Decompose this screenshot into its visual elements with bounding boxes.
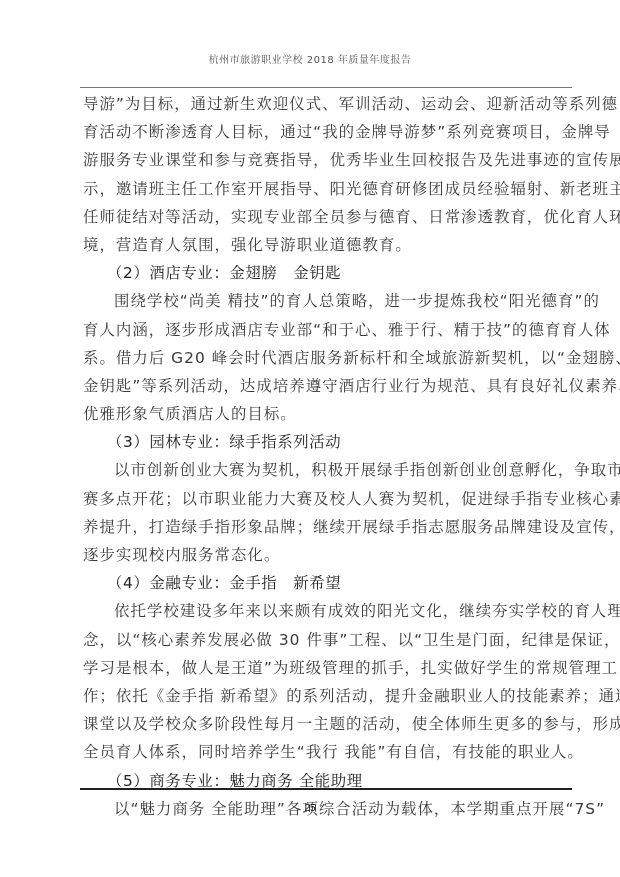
paragraph-line: 逐步实现校内服务常态化。 xyxy=(83,541,573,569)
section-heading-business: （5）商务专业：魅力商务 全能助理 xyxy=(83,767,573,795)
paragraph-line: 游服务专业课堂和参与竞赛指导，优秀毕业生回校报告及先进事迹的宣传展 xyxy=(83,146,573,174)
paragraph-line: 依托学校建设多年来以来颇有成效的阳光文化，继续夯实学校的育人理 xyxy=(83,597,573,625)
paragraph-line: 学习是根本，做人是王道”为班级管理的抓手，扎实做好学生的常规管理工 xyxy=(83,654,573,682)
paragraph-line: 作；依托《金手指 新希望》的系列活动，提升金融职业人的技能素养；通过 xyxy=(83,682,573,710)
paragraph-line: 系。借力后 G20 峰会时代酒店服务新标杆和全域旅游新契机，以“金翅膀、 xyxy=(83,344,573,372)
section-heading-finance: （4）金融专业：金手指 新希望 xyxy=(83,569,573,597)
paragraph-line: 境，营造育人氛围，强化导游职业道德教育。 xyxy=(83,231,573,259)
paragraph-line: 念，以“核心素养发展必做 30 件事”工程、以“卫生是门面，纪律是保证， xyxy=(83,626,573,654)
paragraph-line: 全员育人体系，同时培养学生“我行 我能”有自信，有技能的职业人。 xyxy=(83,738,573,766)
paragraph-line: 金钥匙”等系列活动，达成培养遵守酒店行业行为规范、具有良好礼仪素养、 xyxy=(83,372,573,400)
page-number: 25 xyxy=(0,803,620,814)
running-header-title: 杭州市旅游职业学校 2018 年质量年度报告 xyxy=(0,51,620,66)
section-heading-hotel: （2）酒店专业：金翅膀 金钥匙 xyxy=(83,259,573,287)
page-body: 导游”为目标，通过新生欢迎仪式、军训活动、运动会、迎新活动等系列德 育活动不断渗… xyxy=(83,90,573,823)
paragraph-line: 围绕学校“尚美 精技”的育人总策略，进一步提炼我校“阳光德育”的 xyxy=(83,287,573,315)
section-heading-garden: （3）园林专业：绿手指系列活动 xyxy=(83,428,573,456)
paragraph-line: 导游”为目标，通过新生欢迎仪式、军训活动、运动会、迎新活动等系列德 xyxy=(83,90,573,118)
paragraph-line: 任师徒结对等活动，实现专业部全员参与德育、日常渗透教育，优化育人环 xyxy=(83,203,573,231)
paragraph-line: 优雅形象气质酒店人的目标。 xyxy=(83,400,573,428)
paragraph-line: 以市创新创业大赛为契机，积极开展绿手指创新创业创意孵化，争取市 xyxy=(83,456,573,484)
footer-rule xyxy=(80,788,572,790)
paragraph-line: 育人内涵，逐步形成酒店专业部“和于心、雅于行、精于技”的德育育人体 xyxy=(83,316,573,344)
header-rule xyxy=(80,87,572,88)
paragraph-line: 赛多点开花；以市职业能力大赛及校人人赛为契机，促进绿手指专业核心素 xyxy=(83,485,573,513)
paragraph-line: 课堂以及学校众多阶段性每月一主题的活动，使全体师生更多的参与，形成 xyxy=(83,710,573,738)
paragraph-line: 育活动不断渗透育人目标，通过“我的金牌导游梦”系列竞赛项目，金牌导 xyxy=(83,118,573,146)
paragraph-line: 养提升，打造绿手指形象品牌；继续开展绿手指志愿服务品牌建设及宣传， xyxy=(83,513,573,541)
paragraph-line: 示，邀请班主任工作室开展指导、阳光德育研修团成员经验辐射、新老班主 xyxy=(83,175,573,203)
